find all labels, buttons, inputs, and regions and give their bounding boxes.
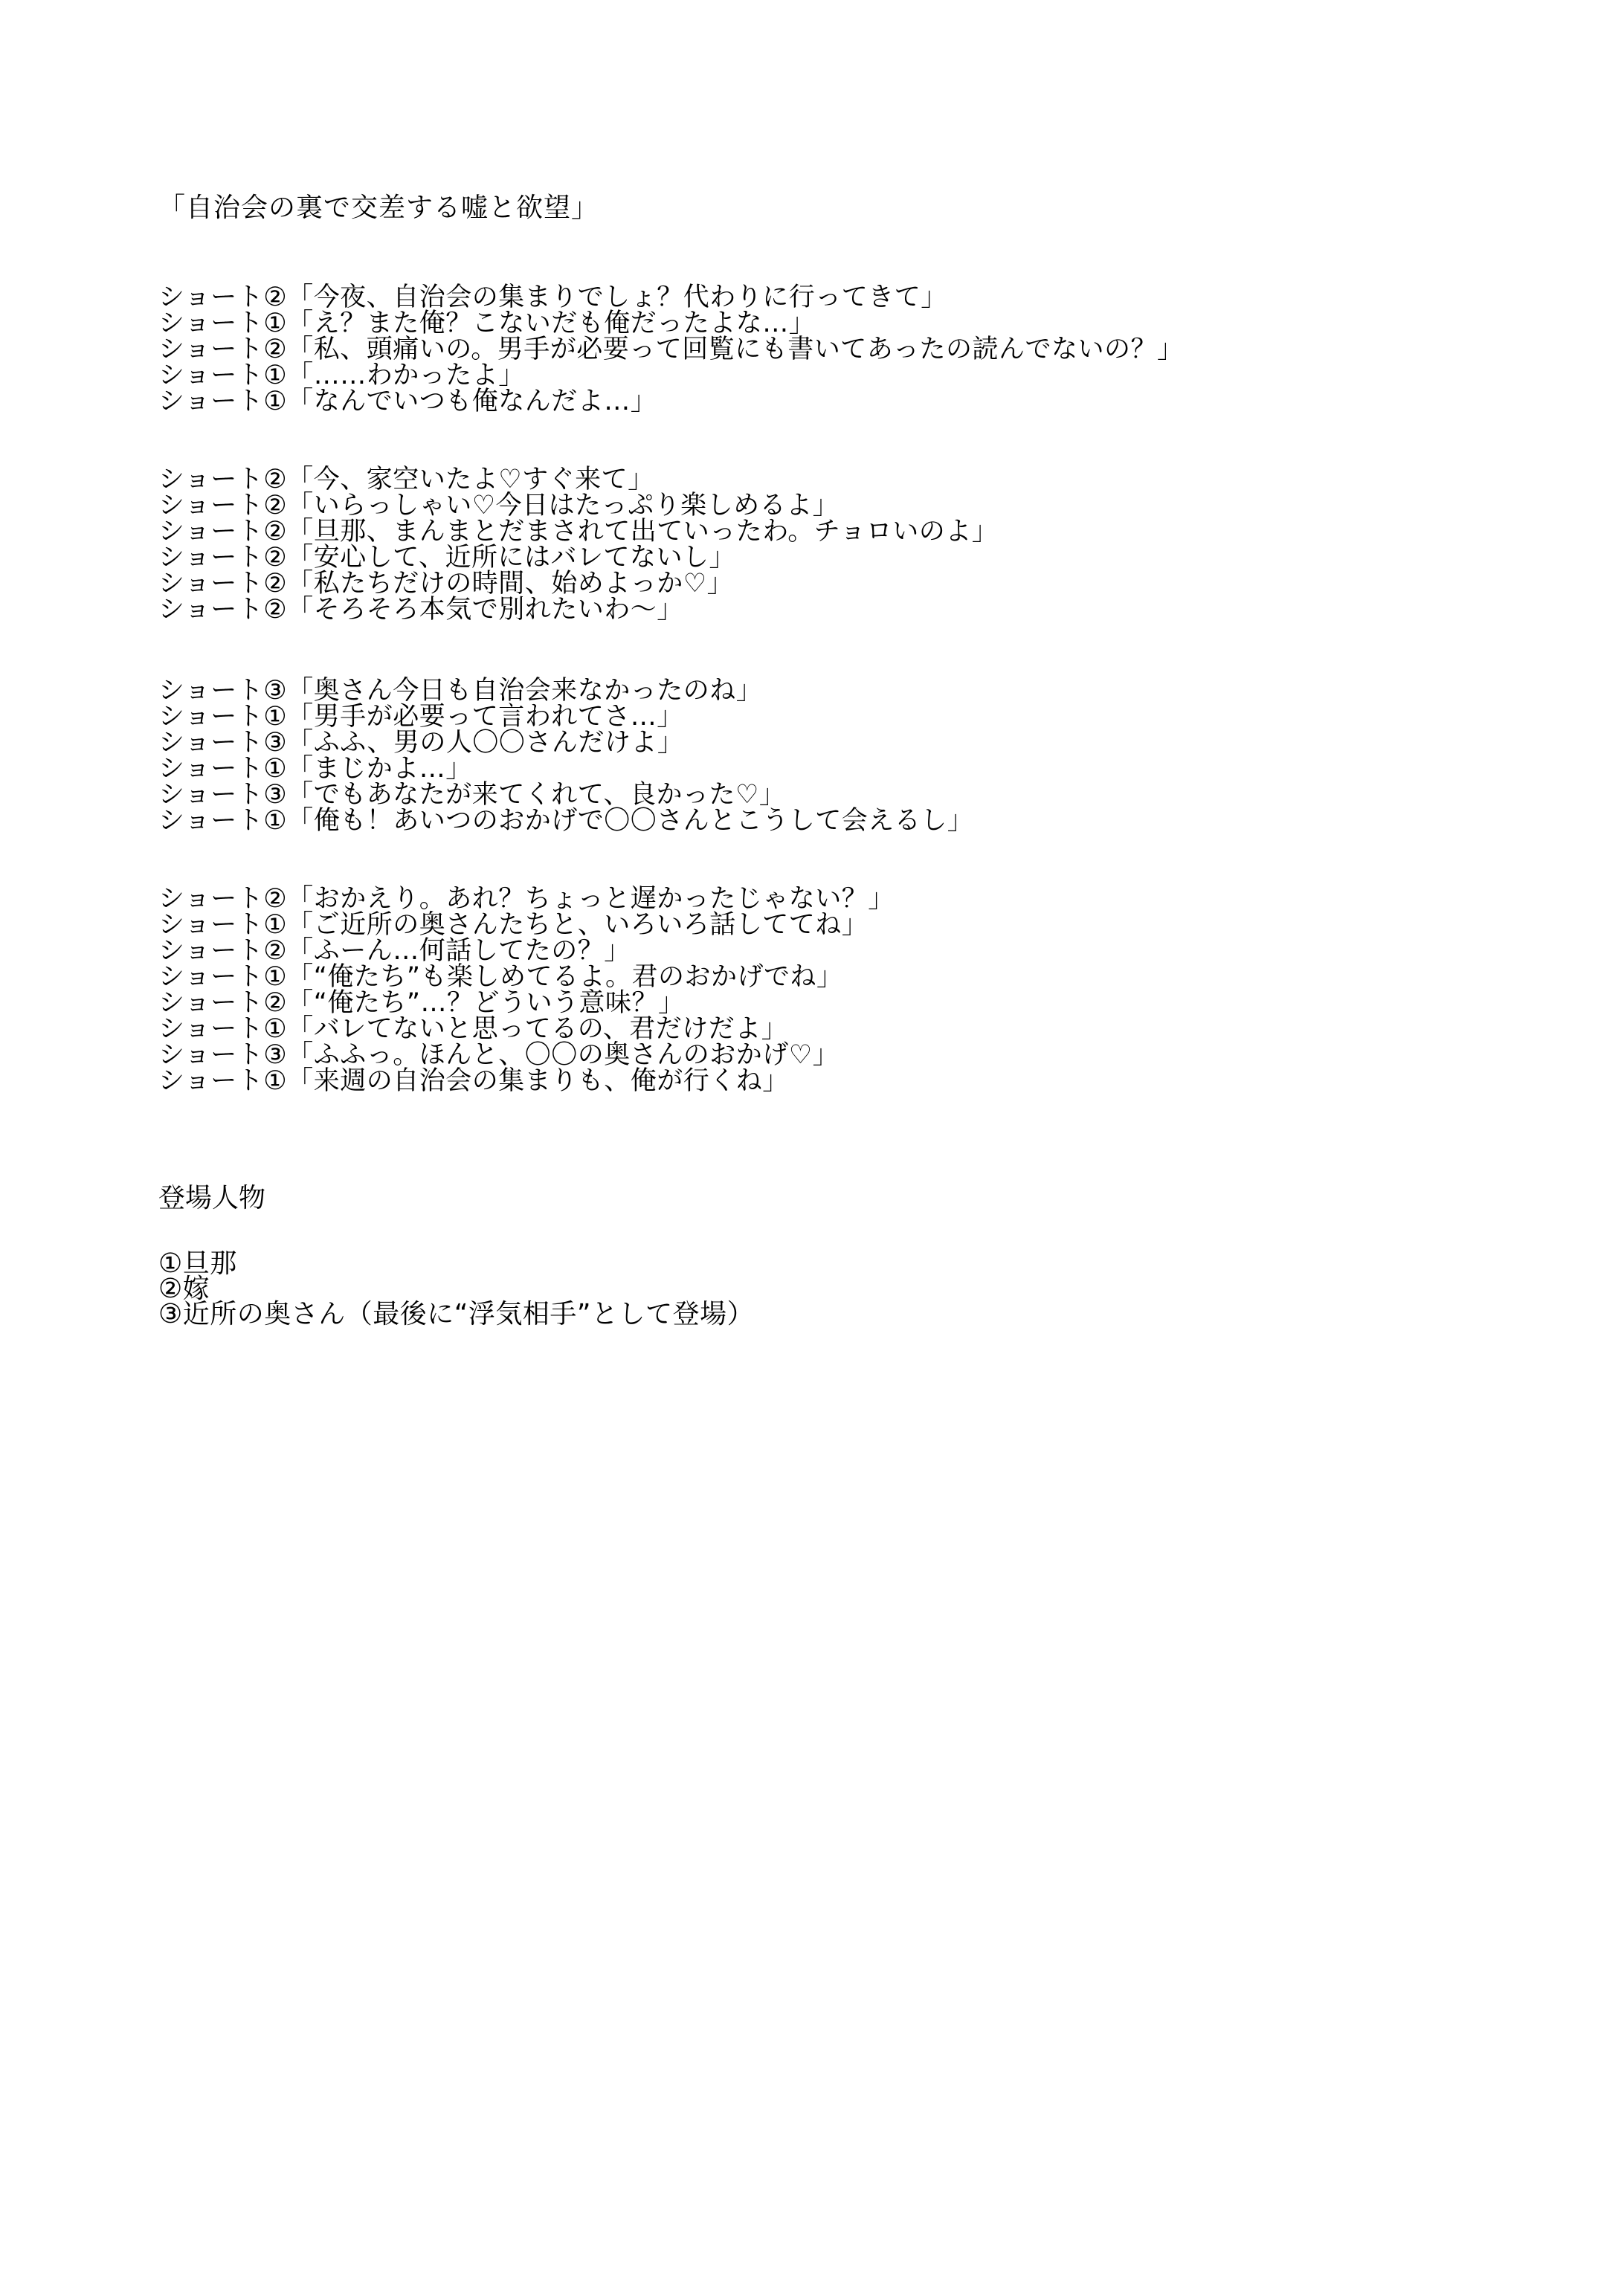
dialogue-line: ショート③「奥さん今日も自治会来なかったのね」 [158,678,973,704]
dialogue-text: 「なんでいつも俺なんだよ…」 [287,387,657,416]
dialogue-block-1: ショート②「今夜、自治会の集まりでしょ？代わりに行ってきて」 ショート①「え？ま… [158,285,1183,415]
dialogue-text: 「来週の自治会の集まりも、俺が行くね」 [287,1066,789,1096]
dialogue-text: 「今夜、自治会の集まりでしょ？代わりに行ってきて」 [287,283,947,312]
dialogue-text: 「でもあなたが来てくれて、良かった♡」 [287,780,785,810]
dialogue-text: 「安心して、近所にはバレてないし」 [287,543,735,573]
speaker-label: ショート① [158,309,287,338]
dialogue-line: ショート①「バレてないと思ってるの、君だけだよ」 [158,1016,895,1042]
dialogue-line: ショート②「ふーん…何話してたの？」 [158,938,895,964]
speaker-label: ショート① [158,361,287,390]
dialogue-line: ショート③「ふふっ。ほんと、〇〇の奥さんのおかげ♡」 [158,1042,895,1068]
dialogue-text: 「俺も！あいつのおかげで〇〇さんとこうして会えるし」 [287,806,973,836]
cast-member: ②嫁 [158,1277,754,1302]
cast-heading: 登場人物 [158,1182,265,1215]
speaker-label: ショート③ [158,1040,287,1070]
dialogue-line: ショート①「俺も！あいつのおかげで〇〇さんとこうして会えるし」 [158,808,973,834]
dialogue-text: 「旦那、まんまとだまされて出ていったわ。チョロいのよ」 [287,517,998,546]
speaker-label: ショート① [158,702,287,732]
dialogue-line: ショート②「そろそろ本気で別れたいわ～」 [158,597,998,623]
speaker-label: ショート③ [158,780,287,810]
dialogue-text: 「奥さん今日も自治会来なかったのね」 [287,676,762,706]
dialogue-line: ショート③「ふふ、男の人〇〇さんだけよ」 [158,730,973,756]
speaker-label: ショート② [158,465,287,494]
speaker-label: ショート① [158,806,287,836]
speaker-label: ショート② [158,491,287,520]
dialogue-block-2: ショート②「今、家空いたよ♡すぐ来て」 ショート②「いらっしゃい♡今日はたっぷり… [158,467,998,623]
dialogue-line: ショート①「え？また俺？こないだも俺だったよな…」 [158,311,1183,337]
speaker-label: ショート① [158,387,287,416]
dialogue-text: 「いらっしゃい♡今日はたっぷり楽しめるよ」 [287,491,839,520]
speaker-label: ショート② [158,936,287,966]
cast-member: ①旦那 [158,1251,754,1277]
speaker-label: ショート② [158,569,287,599]
dialogue-text: 「私、頭痛いの。男手が必要って回覧にも書いてあったの読んでないの？」 [287,335,1183,364]
dialogue-line: ショート①「ご近所の奥さんたちと、いろいろ話しててね」 [158,912,895,938]
speaker-label: ショート① [158,1014,287,1044]
dialogue-line: ショート③「でもあなたが来てくれて、良かった♡」 [158,782,973,808]
dialogue-text: 「ふーん…何話してたの？」 [287,936,631,966]
speaker-label: ショート② [158,517,287,546]
dialogue-line: ショート②「今、家空いたよ♡すぐ来て」 [158,467,998,493]
speaker-label: ショート① [158,962,287,992]
dialogue-text: 「私たちだけの時間、始めよっか♡」 [287,569,733,599]
dialogue-text: 「“俺たち”…？どういう意味？」 [287,988,684,1018]
speaker-label: ショート③ [158,676,287,706]
dialogue-line: ショート①「来週の自治会の集まりも、俺が行くね」 [158,1068,895,1094]
speaker-label: ショート② [158,988,287,1018]
speaker-label: ショート② [158,595,287,625]
document-title: 「自治会の裏で交差する嘘と欲望」 [158,192,599,225]
dialogue-line: ショート②「旦那、まんまとだまされて出ていったわ。チョロいのよ」 [158,519,998,545]
dialogue-text: 「ふふ、男の人〇〇さんだけよ」 [287,728,683,758]
dialogue-block-3: ショート③「奥さん今日も自治会来なかったのね」 ショート①「男手が必要って言われ… [158,678,973,834]
dialogue-text: 「男手が必要って言われてさ…」 [287,702,683,732]
speaker-label: ショート③ [158,728,287,758]
dialogue-text: 「まじかよ…」 [287,754,472,784]
speaker-label: ショート① [158,1066,287,1096]
dialogue-line: ショート②「“俺たち”…？どういう意味？」 [158,990,895,1016]
cast-list: ①旦那 ②嫁 ③近所の奥さん（最後に“浮気相手”として登場） [158,1251,754,1327]
cast-member: ③近所の奥さん（最後に“浮気相手”として登場） [158,1302,754,1327]
dialogue-line: ショート②「安心して、近所にはバレてないし」 [158,545,998,571]
dialogue-line: ショート②「私、頭痛いの。男手が必要って回覧にも書いてあったの読んでないの？」 [158,337,1183,363]
dialogue-line: ショート①「なんでいつも俺なんだよ…」 [158,389,1183,415]
dialogue-text: 「そろそろ本気で別れたいわ～」 [287,595,683,625]
dialogue-text: 「ご近所の奥さんたちと、いろいろ話しててね」 [287,910,868,940]
dialogue-text: 「え？また俺？こないだも俺だったよな…」 [287,309,815,338]
dialogue-line: ショート①「……わかったよ」 [158,363,1183,389]
dialogue-line: ショート②「今夜、自治会の集まりでしょ？代わりに行ってきて」 [158,285,1183,311]
speaker-label: ショート① [158,910,287,940]
speaker-label: ショート② [158,884,287,914]
dialogue-text: 「……わかったよ」 [287,361,525,390]
dialogue-block-4: ショート②「おかえり。あれ？ちょっと遅かったじゃない？」 ショート①「ご近所の奥… [158,886,895,1094]
dialogue-text: 「“俺たち”も楽しめてるよ。君のおかげでね」 [287,962,842,992]
dialogue-line: ショート①「男手が必要って言われてさ…」 [158,704,973,730]
document-page: 「自治会の裏で交差する嘘と欲望」 ショート②「今夜、自治会の集まりでしょ？代わり… [0,0,1624,2296]
dialogue-line: ショート②「私たちだけの時間、始めよっか♡」 [158,571,998,597]
speaker-label: ショート② [158,543,287,573]
dialogue-text: 「バレてないと思ってるの、君だけだよ」 [287,1014,787,1044]
dialogue-line: ショート①「“俺たち”も楽しめてるよ。君のおかげでね」 [158,964,895,990]
dialogue-text: 「おかえり。あれ？ちょっと遅かったじゃない？」 [287,884,895,914]
dialogue-line: ショート①「まじかよ…」 [158,756,973,782]
dialogue-text: 「ふふっ。ほんと、〇〇の奥さんのおかげ♡」 [287,1040,839,1070]
speaker-label: ショート② [158,283,287,312]
dialogue-line: ショート②「いらっしゃい♡今日はたっぷり楽しめるよ」 [158,493,998,519]
speaker-label: ショート① [158,754,287,784]
speaker-label: ショート② [158,335,287,364]
dialogue-text: 「今、家空いたよ♡すぐ来て」 [287,465,654,494]
dialogue-line: ショート②「おかえり。あれ？ちょっと遅かったじゃない？」 [158,886,895,912]
